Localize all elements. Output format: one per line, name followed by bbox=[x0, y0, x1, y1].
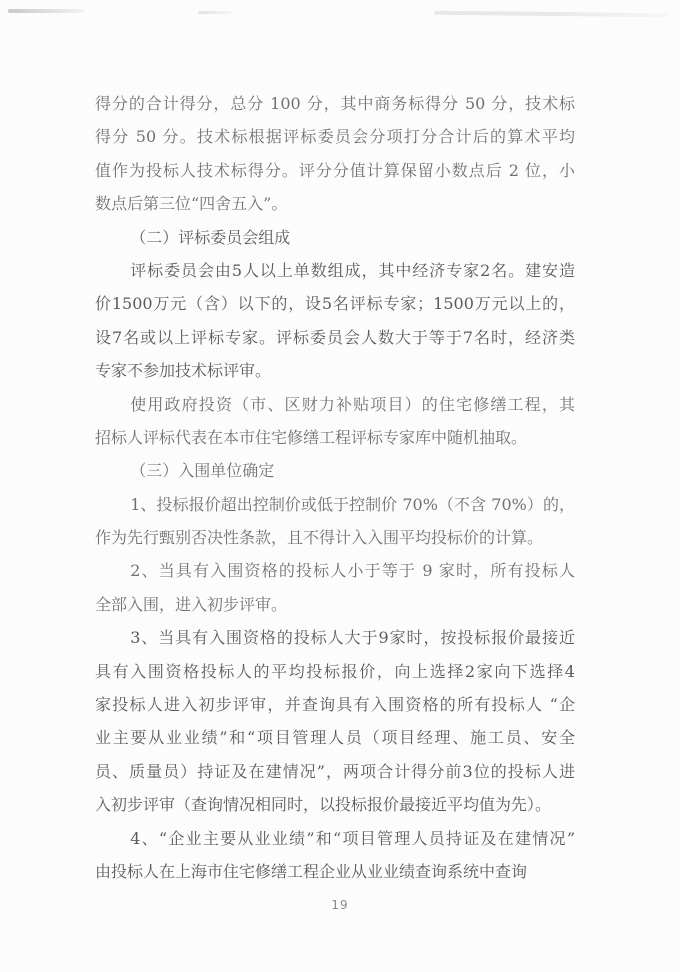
text-line: 由投标人在上海市住宅修缮工程企业从业业绩查询系统中查询 bbox=[95, 855, 575, 888]
page-number: 19 bbox=[0, 898, 680, 912]
text-line: 招标人评标代表在本市住宅修缮工程评标专家库中随机抽取。 bbox=[95, 421, 575, 454]
text-line: 值作为投标人技术标得分。评分分值计算保留小数点后 2 位，小 bbox=[95, 154, 575, 187]
text-line: 1、投标报价超出控制价或低于控制价 70%（不含 70%）的， bbox=[95, 488, 575, 521]
text-line: 2、当具有入围资格的投标人小于等于 9 家时，所有投标人 bbox=[95, 554, 575, 587]
text-line: 评标委员会由5人以上单数组成，其中经济专家2名。建安造 bbox=[95, 254, 575, 287]
text-line: 作为先行甄别否决性条款，且不得计入入围平均投标价的计算。 bbox=[95, 521, 575, 554]
text-line: 具有入围资格投标人的平均投标报价，向上选择2家向下选择4 bbox=[95, 655, 575, 688]
text-line: 得分的合计得分，总分 100 分，其中商务标得分 50 分，技术标 bbox=[95, 87, 575, 120]
text-line: 入初步评审（查询情况相同时，以投标报价最接近平均值为先）。 bbox=[95, 788, 575, 821]
text-line: 业主要从业业绩”和“项目管理人员（项目经理、施工员、安全 bbox=[95, 721, 575, 754]
document-body: 得分的合计得分，总分 100 分，其中商务标得分 50 分，技术标得分 50 分… bbox=[95, 87, 575, 888]
scan-smudge bbox=[8, 9, 84, 13]
text-line: 专家不参加技术标评审。 bbox=[95, 354, 575, 387]
text-line: 3、当具有入围资格的投标人大于9家时，按投标报价最接近 bbox=[95, 621, 575, 654]
text-line: 数点后第三位“四舍五入”。 bbox=[95, 187, 575, 220]
text-line: 使用政府投资（市、区财力补贴项目）的住宅修缮工程，其 bbox=[95, 388, 575, 421]
scan-smudge bbox=[434, 11, 670, 17]
document-page: 得分的合计得分，总分 100 分，其中商务标得分 50 分，技术标得分 50 分… bbox=[0, 0, 680, 972]
text-line: 得分 50 分。技术标根据评标委员会分项打分合计后的算术平均 bbox=[95, 120, 575, 153]
text-line: 4、“企业主要从业业绩”和“项目管理人员持证及在建情况” bbox=[95, 822, 575, 855]
text-line: 设7名或以上评标专家。评标委员会人数大于等于7名时，经济类 bbox=[95, 321, 575, 354]
text-line: 全部入围，进入初步评审。 bbox=[95, 588, 575, 621]
text-line: 员、质量员）持证及在建情况”，两项合计得分前3位的投标人进 bbox=[95, 755, 575, 788]
text-line: 家投标人进入初步评审，并查询具有入围资格的所有投标人 “企 bbox=[95, 688, 575, 721]
text-line: （二）评标委员会组成 bbox=[95, 221, 575, 254]
scan-smudge bbox=[198, 11, 232, 14]
text-line: （三）入围单位确定 bbox=[95, 454, 575, 487]
text-line: 价1500万元（含）以下的，设5名评标专家；1500万元以上的， bbox=[95, 287, 575, 320]
